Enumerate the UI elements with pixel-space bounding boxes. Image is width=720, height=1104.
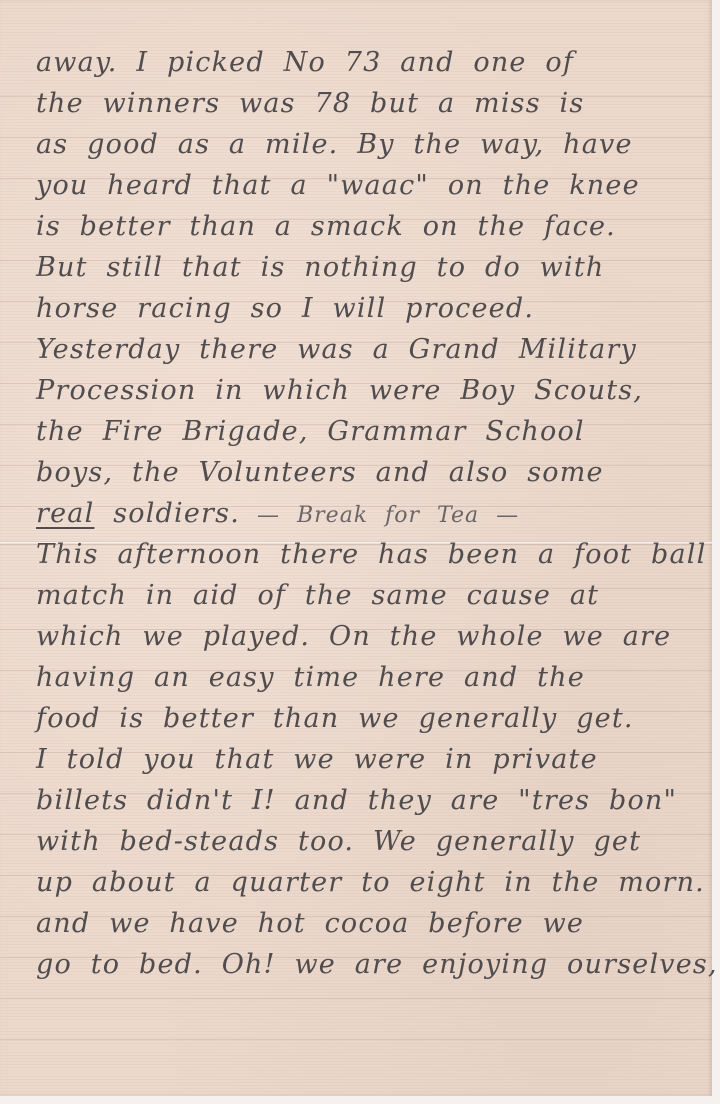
text-line: I told you that we were in private bbox=[36, 739, 712, 780]
text-line: away. I picked No 73 and one of bbox=[36, 42, 712, 83]
text-line: is better than a smack on the face. bbox=[36, 206, 712, 247]
text-line: horse racing so I will proceed. bbox=[36, 288, 712, 329]
handwritten-text: away. I picked No 73 and one of the winn… bbox=[36, 42, 712, 985]
text-line: match in aid of the same cause at bbox=[36, 575, 712, 616]
text-line: and we have hot cocoa before we bbox=[36, 903, 712, 944]
text-line: with bed-steads too. We generally get bbox=[36, 821, 712, 862]
text-line: Yesterday there was a Grand Military bbox=[36, 329, 712, 370]
text-line: billets didn't I! and they are "tres bon… bbox=[36, 780, 712, 821]
ruled-line bbox=[0, 1039, 712, 1040]
text-line: the Fire Brigade, Grammar School bbox=[36, 411, 712, 452]
text-line: This afternoon there has been a foot bal… bbox=[36, 534, 712, 575]
text-line: Procession in which were Boy Scouts, bbox=[36, 370, 712, 411]
ruled-line bbox=[0, 998, 712, 999]
text-line: the winners was 78 but a miss is bbox=[36, 83, 712, 124]
text-line: up about a quarter to eight in the morn. bbox=[36, 862, 712, 903]
text-line: as good as a mile. By the way, have bbox=[36, 124, 712, 165]
text-line: you heard that a "waac" on the knee bbox=[36, 165, 712, 206]
text-line: food is better than we generally get. bbox=[36, 698, 712, 739]
underlined-word: real bbox=[36, 498, 94, 529]
letter-page: away. I picked No 73 and one of the winn… bbox=[0, 0, 712, 1096]
text-line: boys, the Volunteers and also some bbox=[36, 452, 712, 493]
text-line: But still that is nothing to do with bbox=[36, 247, 712, 288]
text-line: having an easy time here and the bbox=[36, 657, 712, 698]
margin-note: — Break for Tea — bbox=[240, 503, 519, 528]
text-line: which we played. On the whole we are bbox=[36, 616, 712, 657]
text-fragment: soldiers. bbox=[94, 498, 240, 529]
text-line: real soldiers. — Break for Tea — bbox=[36, 493, 712, 534]
text-line: go to bed. Oh! we are enjoying ourselves… bbox=[36, 944, 712, 985]
